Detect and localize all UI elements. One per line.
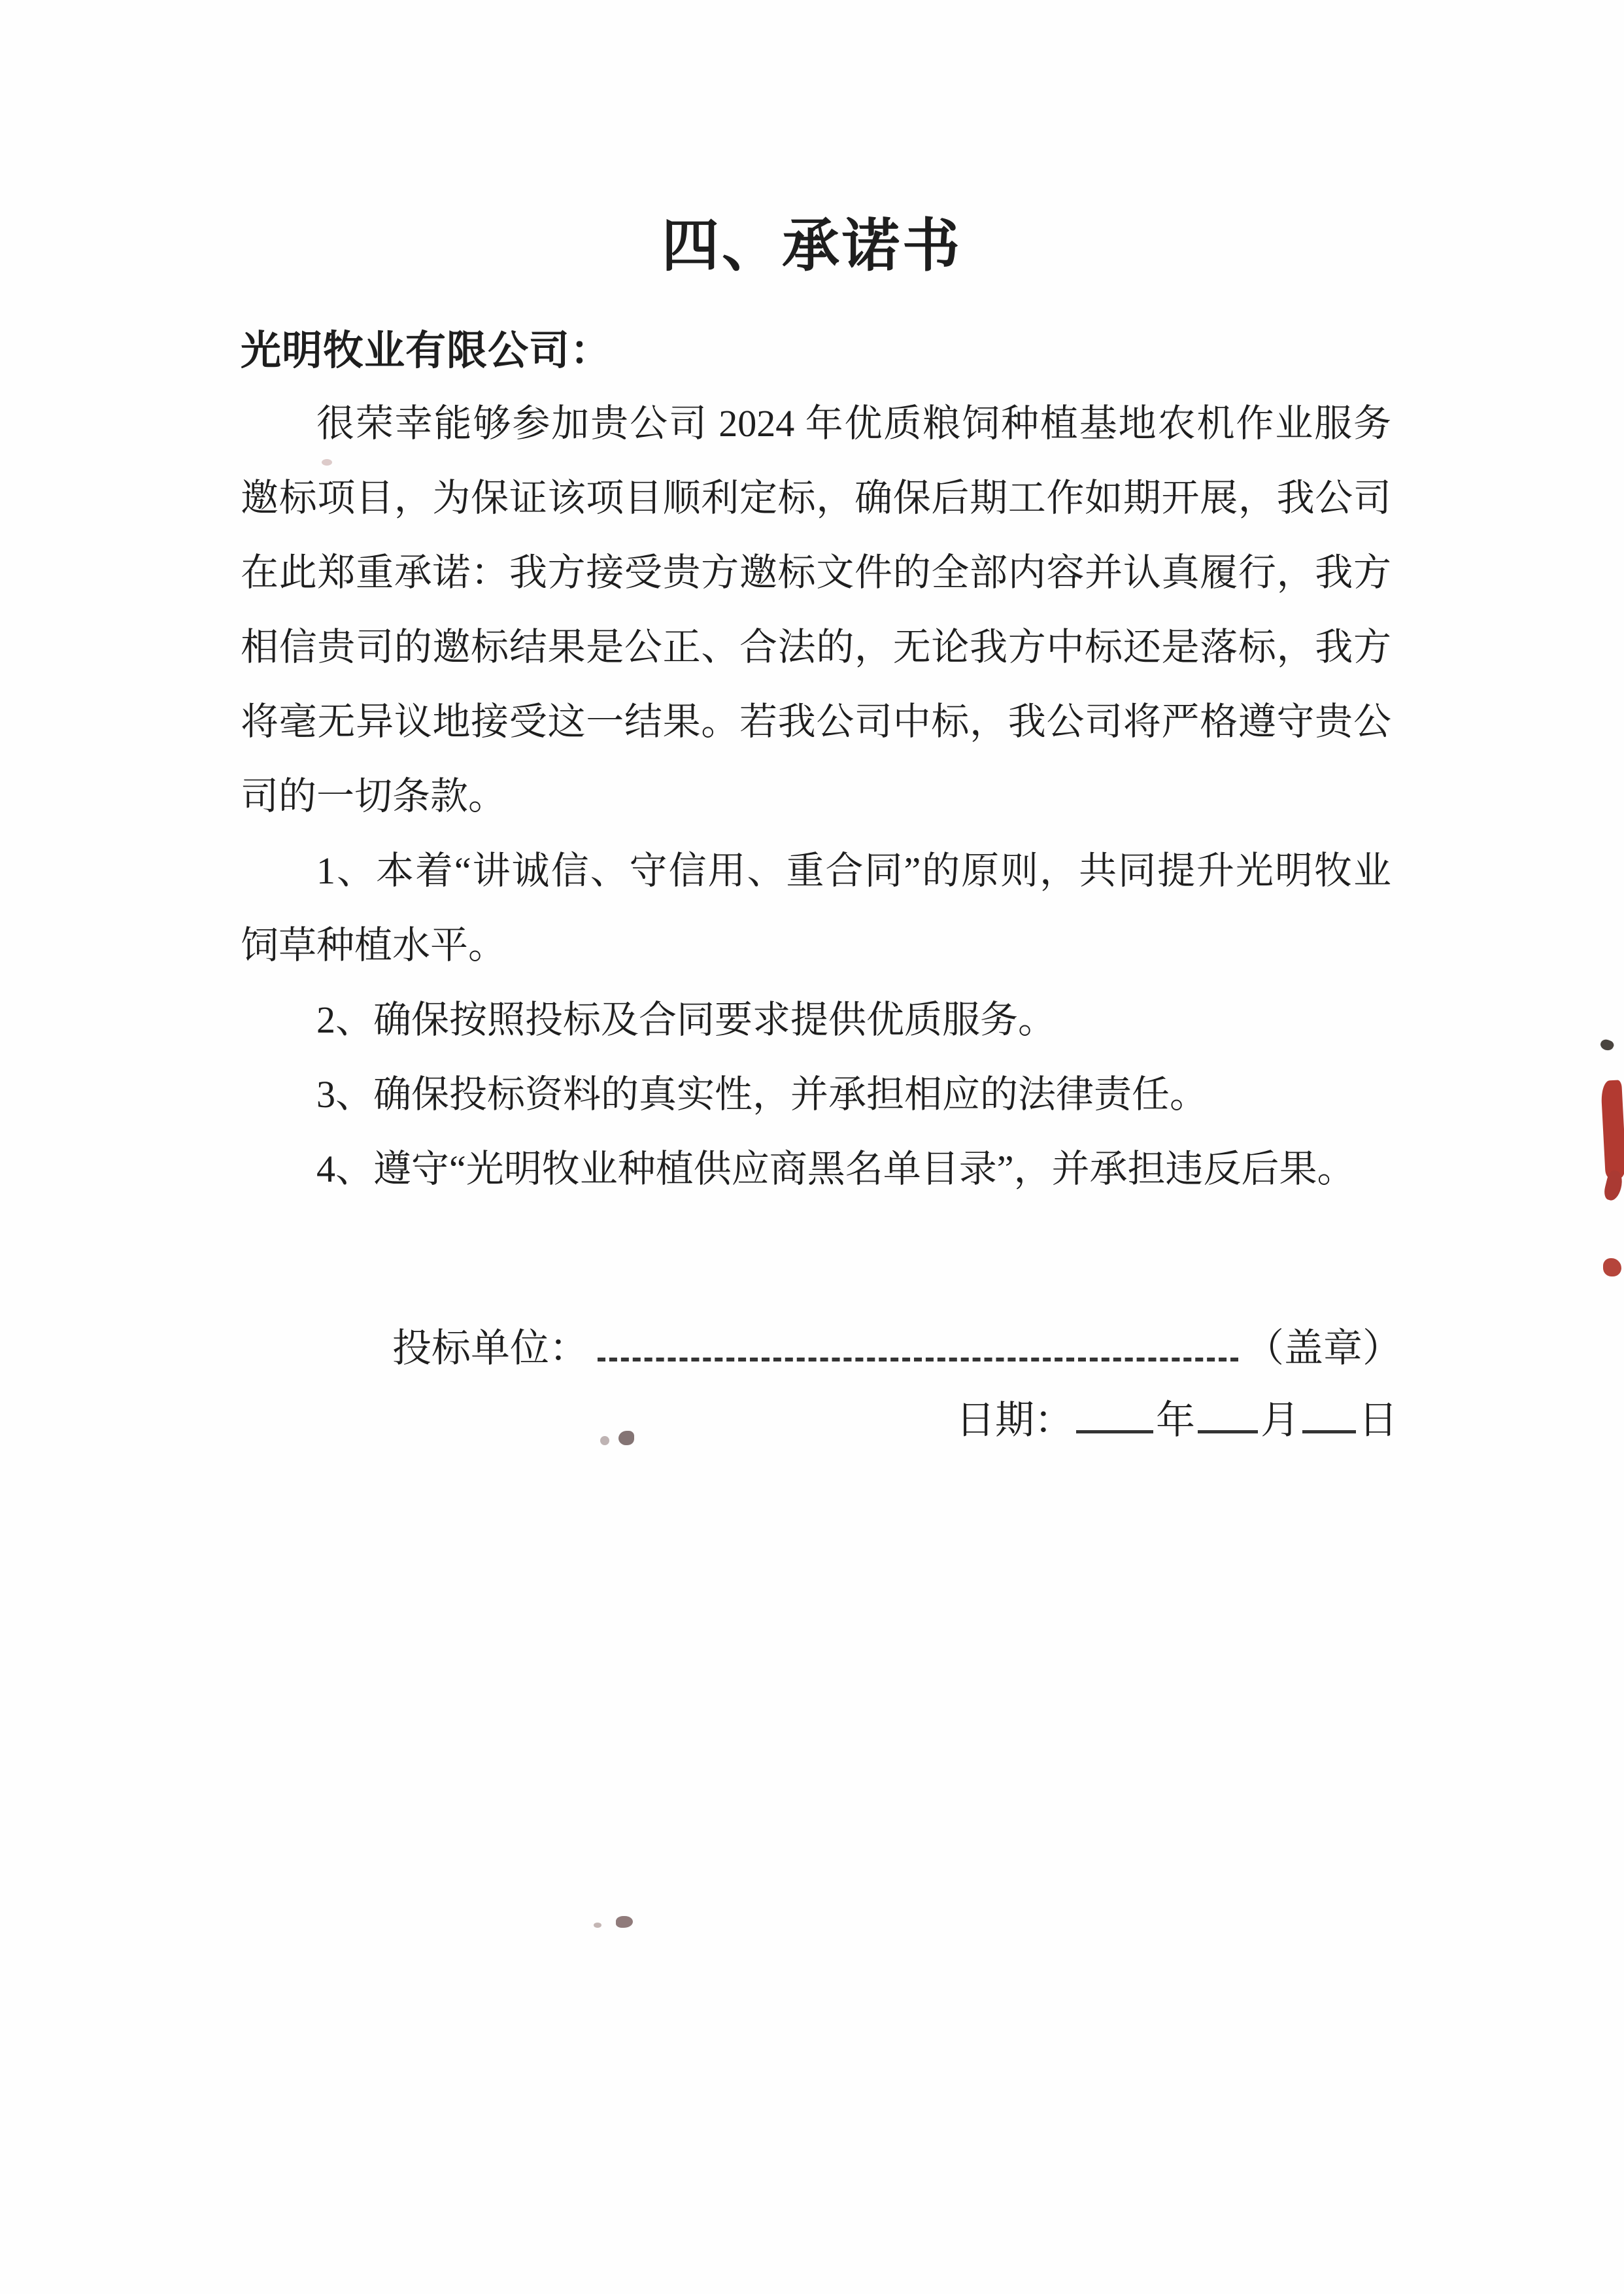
page-title: 四、承诺书 [0,200,1624,282]
date-label: 日期： [956,1399,1074,1442]
scan-speck [600,1436,609,1445]
year-blank-line [1076,1394,1153,1433]
body-line: 邀标项目，为保证该项目顺利定标，确保后期工作如期开展，我公司 [241,461,1391,536]
body-line: 司的一切条款。 [241,759,1391,834]
body-line: 在此郑重承诺：我方接受贵方邀标文件的全部内容并认真履行，我方 [241,536,1391,610]
month-label: 月 [1260,1399,1300,1442]
list-item-2: 2、确保按照投标及合同要求提供优质服务。 [241,983,1391,1057]
body-line: 很荣幸能够参加贵公司 2024 年优质粮饲种植基地农机作业服务 [241,386,1391,461]
body-line: 相信贵司的邀标结果是公正、合法的，无论我方中标还是落标，我方 [241,610,1391,685]
dark-ink-speck [1599,1038,1616,1053]
bidder-unit-label: 投标单位： [392,1327,588,1370]
day-label: 日 [1359,1399,1398,1442]
list-item-1-continued: 饲草种植水平。 [241,908,1391,983]
list-item-3: 3、确保投标资料的真实性，并承担相应的法律责任。 [241,1057,1391,1132]
red-ink-smudge-tail [1602,1169,1624,1202]
year-label: 年 [1156,1399,1195,1442]
scan-speck [618,1431,634,1445]
salutation: 光明牧业有限公司： [241,318,611,376]
bidder-unit-blank-line [598,1321,1238,1361]
list-item-4: 4、遵守“光明牧业种植供应商黑名单目录”，并承担违反后果。 [241,1132,1391,1207]
signature-line: 投标单位：（盖章） [392,1317,1402,1373]
body-line: 将毫无异议地接受这一结果。若我公司中标，我公司将严格遵守贵公 [241,685,1391,759]
scan-speck [594,1923,601,1928]
red-ink-smudge [1600,1080,1624,1178]
red-ink-dot [1603,1258,1621,1276]
scan-speck [616,1916,633,1928]
date-line: 日期：年月日 [956,1389,1398,1445]
day-blank-line [1302,1394,1356,1433]
month-blank-line [1198,1394,1258,1433]
list-item-1: 1、本着“讲诚信、守信用、重合同”的原则，共同提升光明牧业 [241,834,1391,908]
document-body: 很荣幸能够参加贵公司 2024 年优质粮饲种植基地农机作业服务 邀标项目，为保证… [241,386,1391,1207]
seal-label: （盖章） [1245,1327,1402,1370]
document-page: 四、承诺书 光明牧业有限公司： 很荣幸能够参加贵公司 2024 年优质粮饲种植基… [0,0,1624,2294]
